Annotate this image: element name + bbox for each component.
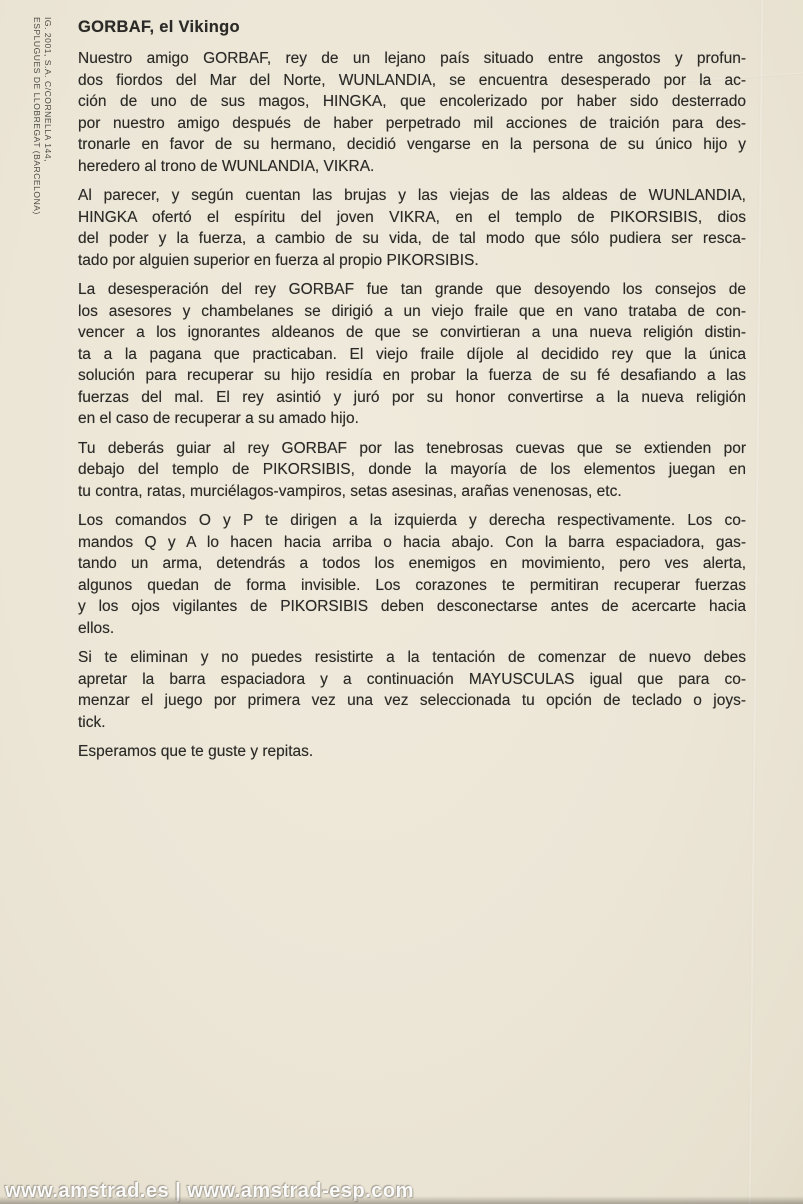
document-content: GORBAF, el Vikingo Nuestro amigo GORBAF,… bbox=[78, 16, 746, 771]
text-line: tronarle en favor de su hermano, decidió… bbox=[78, 134, 746, 156]
text-line: Esperamos que te guste y repitas. bbox=[78, 741, 746, 763]
text-line: ta a la pagana que practicaban. El viejo… bbox=[78, 344, 746, 366]
text-line: Nuestro amigo GORBAF, rey de un lejano p… bbox=[78, 48, 746, 70]
text-line: mandos Q y A lo hacen hacia arriba o hac… bbox=[78, 532, 746, 554]
text-line: en el caso de recuperar a su amado hijo. bbox=[78, 408, 746, 430]
text-line: del poder y la fuerza, a cambio de su vi… bbox=[78, 228, 746, 250]
text-line: ellos. bbox=[78, 618, 746, 640]
document-body: Nuestro amigo GORBAF, rey de un lejano p… bbox=[78, 48, 746, 763]
text-line: apretar la barra espaciadora y a continu… bbox=[78, 669, 746, 691]
paragraph: Los comandos O y P te dirigen a la izqui… bbox=[78, 510, 746, 639]
text-line: La desesperación del rey GORBAF fue tan … bbox=[78, 279, 746, 301]
text-line: tado por alguien superior en fuerza al p… bbox=[78, 250, 746, 272]
text-line: Los comandos O y P te dirigen a la izqui… bbox=[78, 510, 746, 532]
paragraph: Si te eliminan y no puedes resistirte a … bbox=[78, 647, 746, 733]
text-line: debajo del templo de PIKORSIBIS, donde l… bbox=[78, 459, 746, 481]
text-line: tick. bbox=[78, 712, 746, 734]
paragraph: La desesperación del rey GORBAF fue tan … bbox=[78, 279, 746, 430]
printer-imprint: IG. 2001, S.A. C/CORNELLA 144, ESPLUGUES… bbox=[31, 17, 53, 215]
text-line: los asesores y chambelanes se dirigió a … bbox=[78, 301, 746, 323]
text-line: tu contra, ratas, murciélagos-vampiros, … bbox=[78, 481, 746, 503]
paragraph: Esperamos que te guste y repitas. bbox=[78, 741, 746, 763]
text-line: heredero al trono de WUNLANDIA, VIKRA. bbox=[78, 156, 746, 178]
paragraph: Nuestro amigo GORBAF, rey de un lejano p… bbox=[78, 48, 746, 177]
text-line: HINGKA ofertó el espíritu del joven VIKR… bbox=[78, 207, 746, 229]
text-line: solución para recuperar su hijo residía … bbox=[78, 365, 746, 387]
text-line: algunos quedan de forma invisible. Los c… bbox=[78, 575, 746, 597]
text-line: tando un arma, detendrás a todos los ene… bbox=[78, 553, 746, 575]
text-line: Si te eliminan y no puedes resistirte a … bbox=[78, 647, 746, 669]
scan-bottom-edge bbox=[0, 1196, 803, 1204]
paragraph: Al parecer, y según cuentan las brujas y… bbox=[78, 185, 746, 271]
paragraph: Tu deberás guiar al rey GORBAF por las t… bbox=[78, 438, 746, 503]
text-line: Tu deberás guiar al rey GORBAF por las t… bbox=[78, 438, 746, 460]
text-line: menzar el juego por primera vez una vez … bbox=[78, 690, 746, 712]
paper-crease-vertical bbox=[748, 0, 765, 1204]
text-line: vencer a los ignorantes aldeanos de que … bbox=[78, 322, 746, 344]
text-line: dos fiordos del Mar del Norte, WUNLANDIA… bbox=[78, 70, 746, 92]
text-line: y los ojos vigilantes de PIKORSIBIS debe… bbox=[78, 596, 746, 618]
scanned-manual-page: IG. 2001, S.A. C/CORNELLA 144, ESPLUGUES… bbox=[0, 0, 803, 1204]
page-title: GORBAF, el Vikingo bbox=[78, 16, 746, 38]
text-line: ción de uno de sus magos, HINGKA, que en… bbox=[78, 91, 746, 113]
text-line: fuerzas del mal. El rey asintió y juró p… bbox=[78, 387, 746, 409]
text-line: por nuestro amigo después de haber perpe… bbox=[78, 113, 746, 135]
text-line: Al parecer, y según cuentan las brujas y… bbox=[78, 185, 746, 207]
